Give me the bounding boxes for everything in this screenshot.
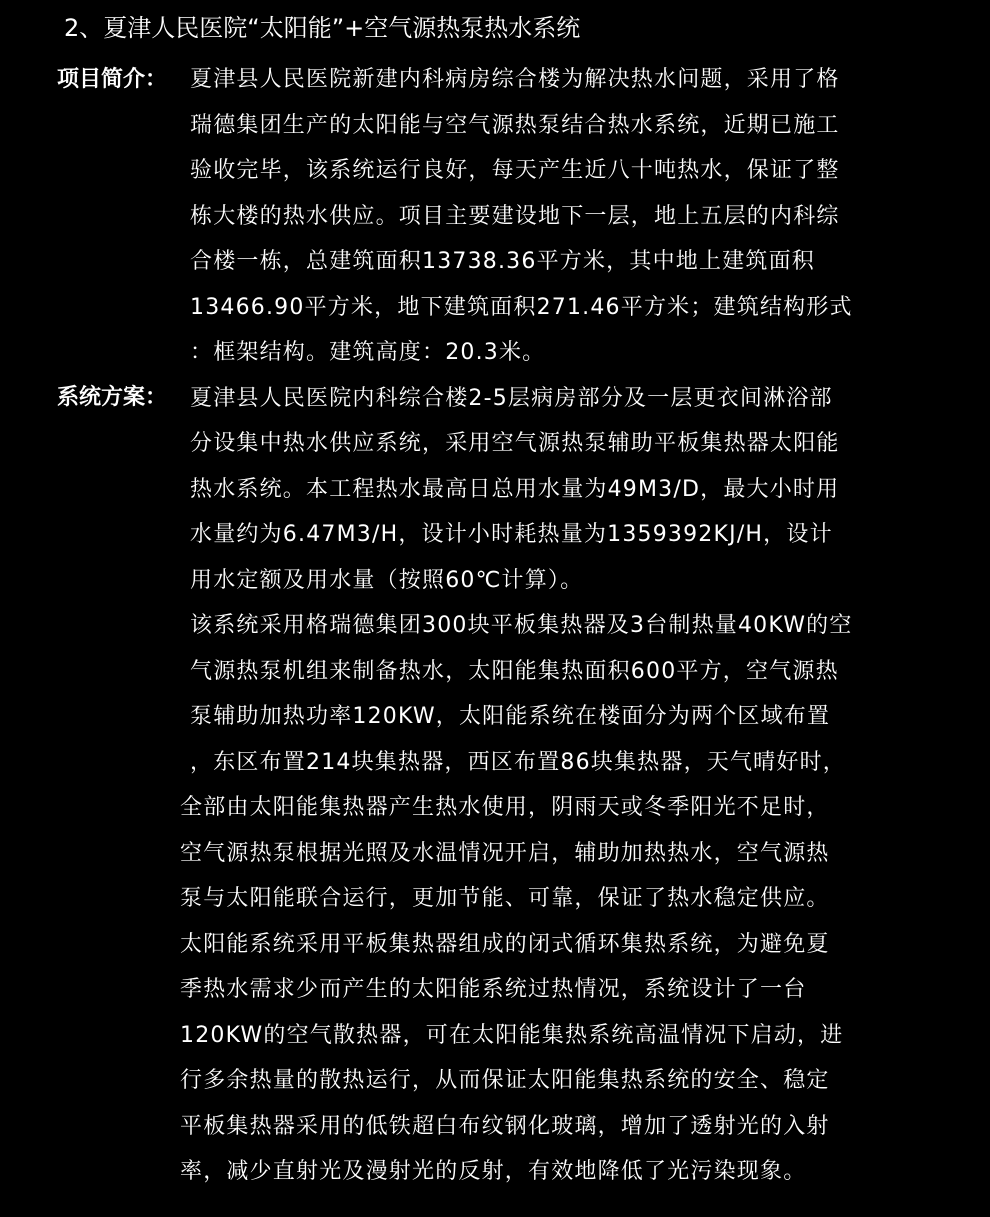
paragraph-line: 夏津县人民医院新建内科病房综合楼为解决热水问题，采用了格 <box>190 62 840 98</box>
paragraph-line: 13466.90平方米，地下建筑面积271.46平方米；建筑结构形式 <box>190 290 853 326</box>
paragraph-line: ，东区布置214块集热器，西区布置86块集热器，天气晴好时， <box>190 745 846 781</box>
section-title: 2、夏津人民医院“太阳能”+空气源热泵热水系统 <box>64 10 580 46</box>
paragraph-line: 热水系统。本工程热水最高日总用水量为49M3/D，最大小时用 <box>190 472 839 508</box>
paragraph-line: 全部由太阳能集热器产生热水使用，阴雨天或冬季阳光不足时， <box>180 790 830 826</box>
paragraph-line: 分设集中热水供应系统，采用空气源热泵辅助平板集热器太阳能 <box>190 426 840 462</box>
system-plan-label: 系统方案： <box>57 380 167 416</box>
paragraph-line: 瑞德集团生产的太阳能与空气源热泵结合热水系统，近期已施工 <box>190 108 840 144</box>
paragraph-line: 平板集热器采用的低铁超白布纹钢化玻璃，增加了透射光的入射 <box>180 1109 830 1145</box>
paragraph-line: ：框架结构。建筑高度：20.3米。 <box>190 335 545 371</box>
paragraph-line: 120KW的空气散热器，可在太阳能集热系统高温情况下启动，进 <box>180 1018 843 1054</box>
paragraph-line: 空气源热泵根据光照及水温情况开启，辅助加热热水，空气源热 <box>180 836 830 872</box>
paragraph-line: 水量约为6.47M3/H，设计小时耗热量为1359392KJ/H，设计 <box>190 517 833 553</box>
paragraph-line: 泵辅助加热功率120KW，太阳能系统在楼面分为两个区域布置 <box>190 699 830 735</box>
paragraph-line: 栋大楼的热水供应。项目主要建设地下一层，地上五层的内科综 <box>190 199 840 235</box>
paragraph-line: 气源热泵机组来制备热水，太阳能集热面积600平方，空气源热 <box>190 654 839 690</box>
paragraph-line: 夏津县人民医院内科综合楼2-5层病房部分及一层更衣间淋浴部 <box>190 381 833 417</box>
paragraph-line: 季热水需求少而产生的太阳能系统过热情况，系统设计了一台 <box>180 972 806 1008</box>
paragraph-line: 泵与太阳能联合运行，更加节能、可靠，保证了热水稳定供应。 <box>180 881 830 917</box>
paragraph-line: 行多余热量的散热运行，从而保证太阳能集热系统的安全、稳定 <box>180 1063 830 1099</box>
paragraph-line: 验收完毕，该系统运行良好，每天产生近八十吨热水，保证了整 <box>190 153 840 189</box>
paragraph-line: 用水定额及用水量（按照60℃计算）。 <box>190 563 583 599</box>
paragraph-line: 太阳能系统采用平板集热器组成的闭式循环集热系统，为避免夏 <box>180 927 830 963</box>
paragraph-line: 合楼一栋，总建筑面积13738.36平方米，其中地上建筑面积 <box>190 244 815 280</box>
paragraph-line: 率，减少直射光及漫射光的反射，有效地降低了光污染现象。 <box>180 1154 806 1190</box>
paragraph-line: 该系统采用格瑞德集团300块平板集热器及3台制热量40KW的空 <box>190 608 853 644</box>
project-intro-label: 项目简介： <box>57 62 167 98</box>
